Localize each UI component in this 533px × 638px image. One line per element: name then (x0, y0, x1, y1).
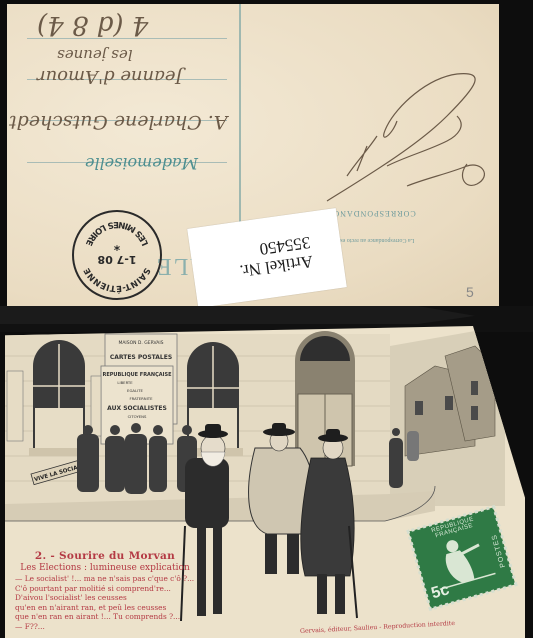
center-divider (239, 4, 241, 229)
svg-text:REPUBLIQUE FRANÇAISE: REPUBLIQUE FRANÇAISE (102, 372, 172, 378)
svg-text:FRATERNITE: FRATERNITE (129, 396, 153, 401)
caption-dialogue: — Le socialist' !... ma ne n'sais pas c'… (15, 574, 195, 632)
caption-subtitle: Les Elections : lumineuse explication (15, 563, 195, 573)
fold-shadow-inner (0, 306, 475, 324)
dialogue-line: — F??... (15, 622, 195, 632)
dialogue-line: — Le socialist' !... ma ne n'sais pas c'… (15, 574, 195, 584)
svg-text:*: * (113, 239, 120, 253)
svg-text:MAISON D. GERVAIS: MAISON D. GERVAIS (118, 340, 163, 346)
svg-text:1-7 08: 1-7 08 (97, 253, 136, 266)
dialogue-line: C'ô pourtant par molitié si comprend're.… (15, 584, 195, 594)
svg-text:LIBERTE: LIBERTE (117, 380, 133, 385)
dialogue-line: D'aivou l'socialist' les ceusses (15, 593, 195, 603)
caption-title: 2. - Sourire du Morvan (15, 550, 195, 562)
dialogue-line: qu'en en n'airant ran, et peû les ceusse… (15, 603, 195, 613)
handwriting-line-3: les jeunes (57, 46, 133, 64)
signature-scribble (297, 66, 497, 206)
svg-text:EGALITE: EGALITE (127, 388, 143, 393)
correspondence-header: CORRESPONDANCE (327, 209, 416, 218)
caption: 2. - Sourire du Morvan Les Elections : l… (15, 550, 195, 632)
svg-text:AUX SOCIALISTES: AUX SOCIALISTES (107, 405, 167, 412)
svg-text:CARTES POSTALES: CARTES POSTALES (110, 354, 172, 361)
handwriting-line-5: Mademoiselle (85, 154, 198, 173)
handwriting-line-4: A. Charlene Gutschedt (9, 111, 228, 133)
handwriting-line-2: Jeanne d'Amour (37, 66, 183, 87)
handwriting-line-1: 4 (d 8 4) (37, 10, 148, 40)
svg-text:SAINT-ÉTIENNE: SAINT-ÉTIENNE (82, 266, 151, 295)
svg-text:CITOYENS: CITOYENS (128, 414, 147, 419)
postmark-stamp: SAINT-ÉTIENNE LES MINES LOIRE 1-7 08 * (72, 210, 162, 300)
dialogue-line: que n'en ran en airant !... Tu comprends… (15, 612, 195, 622)
pencil-mark: 5 (466, 284, 474, 300)
